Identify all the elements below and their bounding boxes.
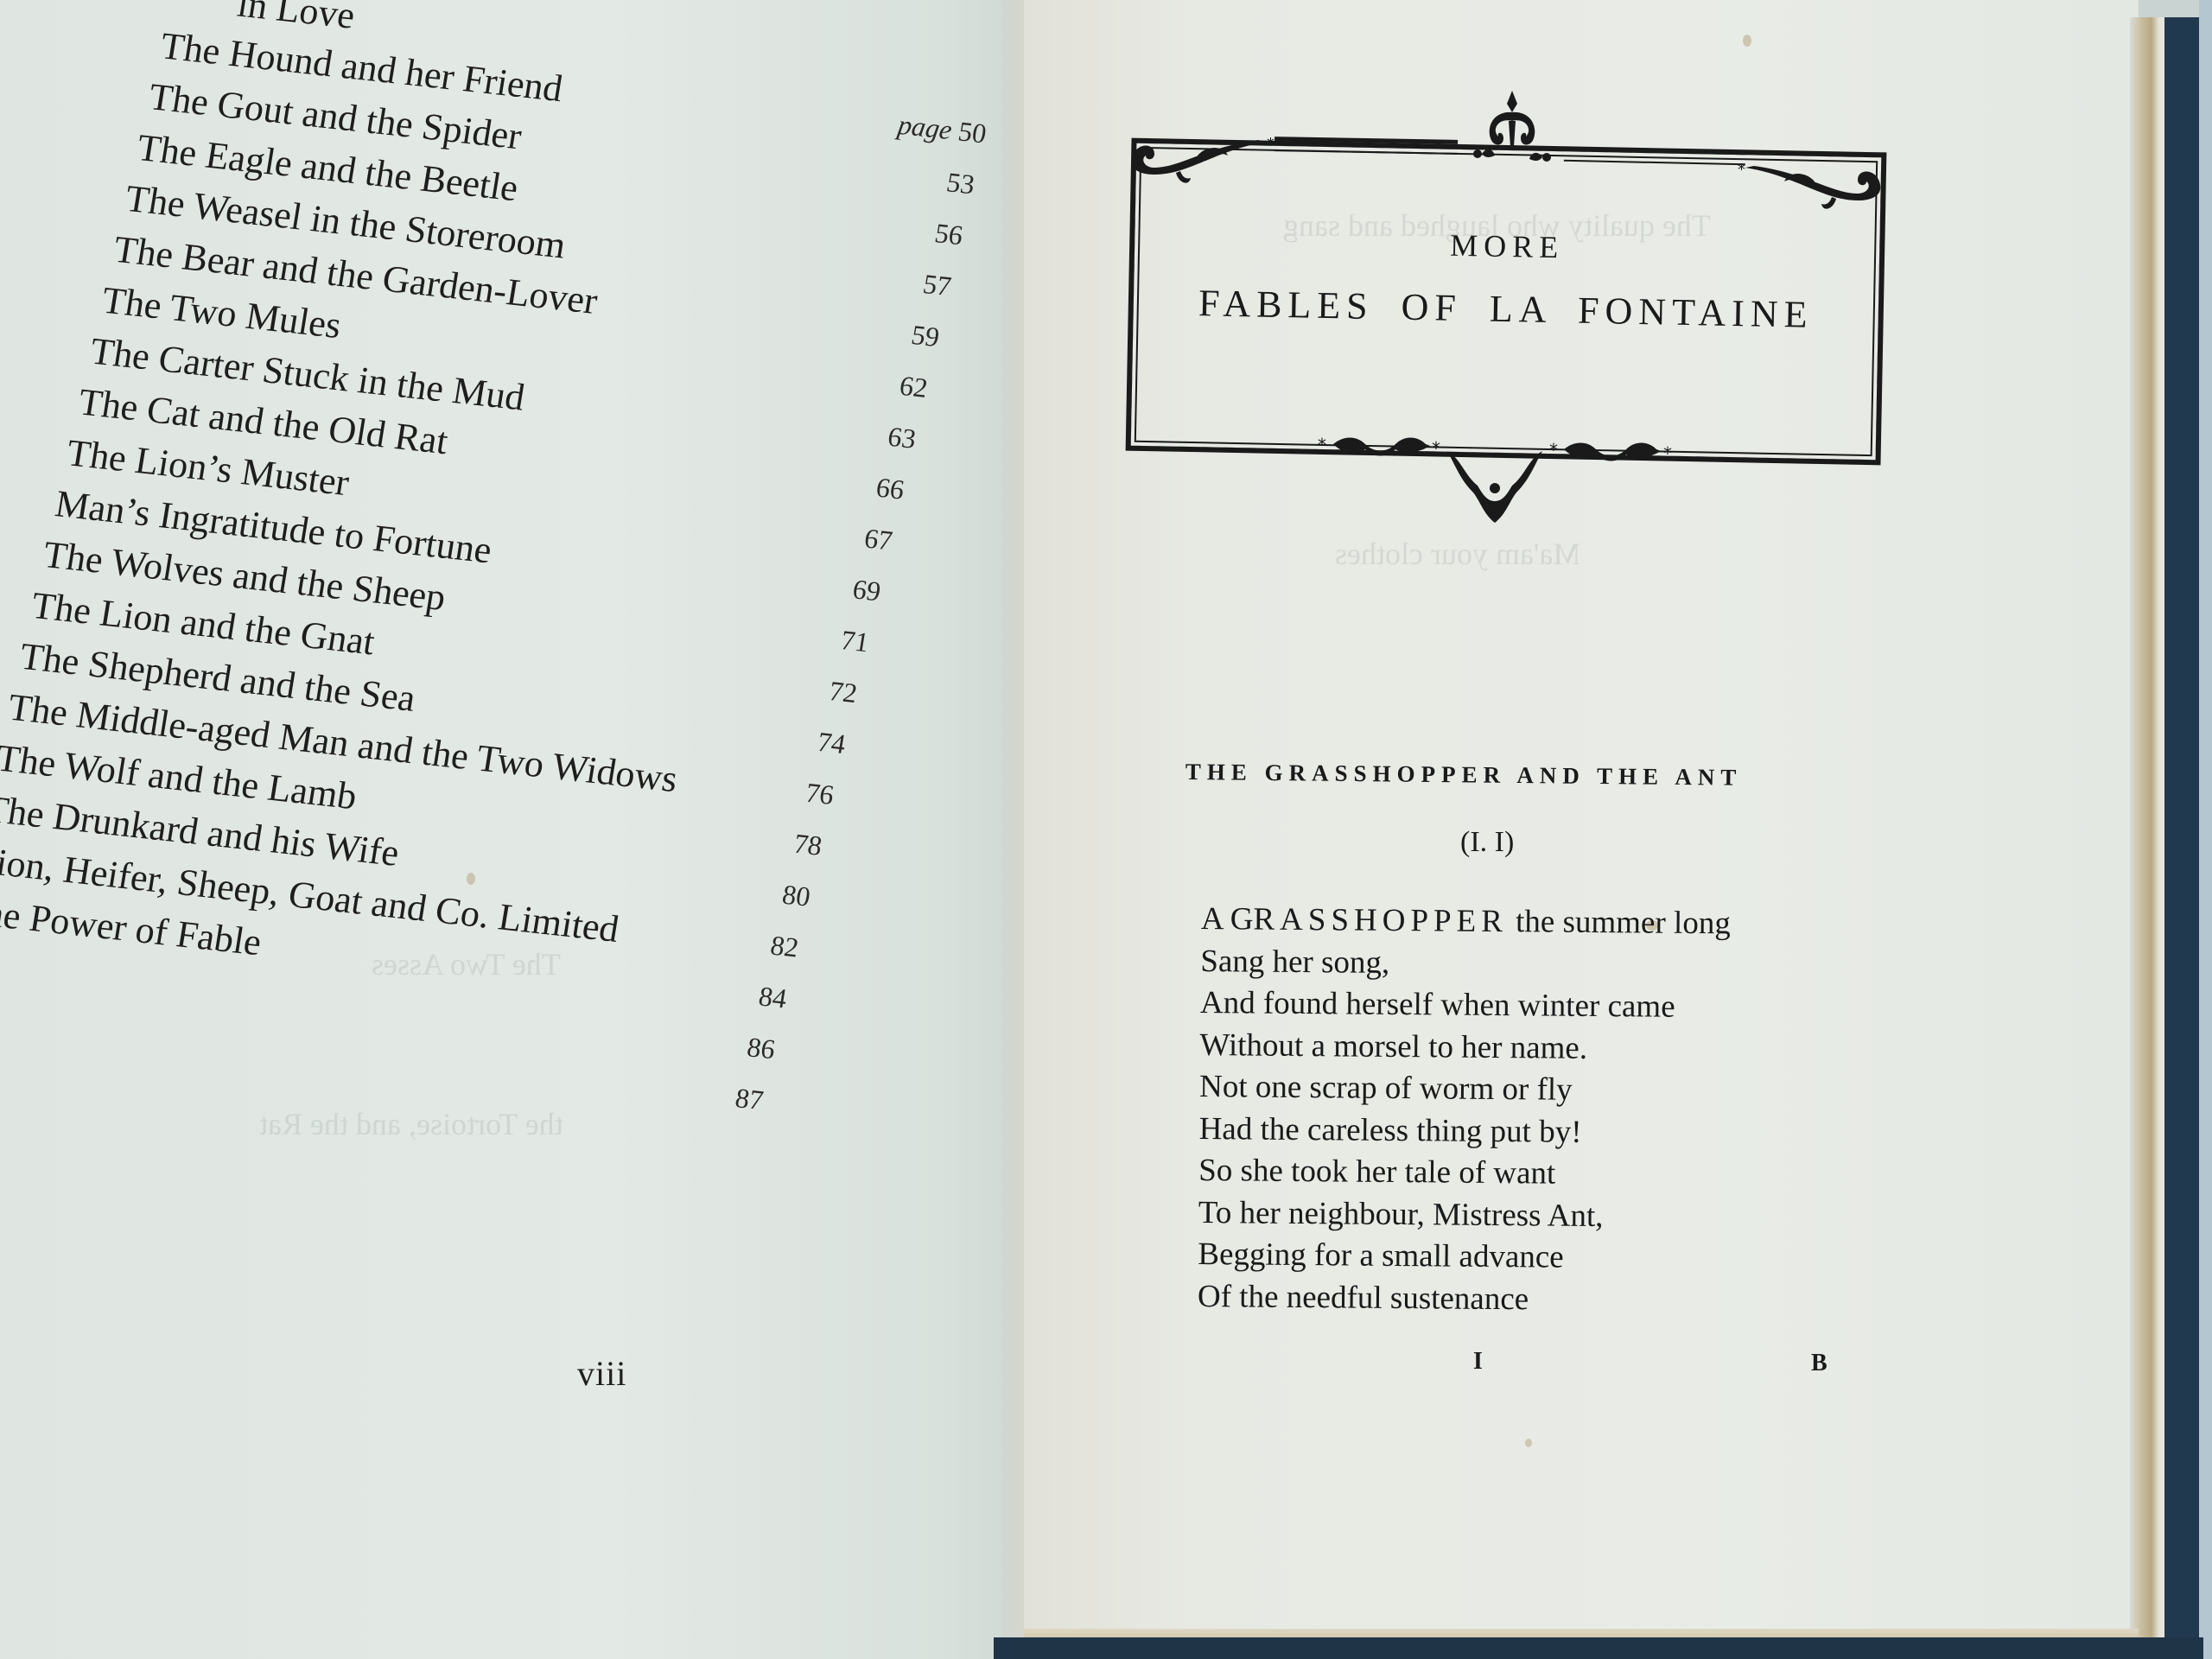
page-number-right: I: [1473, 1348, 1483, 1376]
toc-page-number: 69: [850, 573, 883, 607]
toc-page-value: 50: [957, 115, 989, 149]
ornament-top-left-icon: *: [1128, 130, 1275, 199]
left-page: The Two Asses the Tortoise, and the Rat …: [0, 0, 1024, 1659]
toc-page-number: 82: [768, 930, 801, 964]
toc-page-number: 84: [756, 980, 789, 1014]
page-edges: [2130, 17, 2169, 1642]
toc-page-number: 59: [909, 319, 942, 353]
svg-text:*: *: [1738, 161, 1745, 179]
bleed-through-text: Ma'am your clothes: [1335, 536, 1580, 572]
toc-page-number: 76: [804, 777, 836, 811]
toc-page-number: 72: [827, 675, 860, 709]
toc-page-number: 78: [791, 828, 824, 862]
poem-first-word-smallcaps: RASSHOPPER: [1253, 902, 1508, 940]
book-title: FABLES OF LA FONTAINE: [1133, 280, 1878, 339]
poem-line: Not one scrap of worm or fly: [1199, 1066, 1856, 1114]
poem-line: And found herself when winter came: [1200, 982, 1857, 1030]
ornament-top-right-icon: *: [1737, 156, 1884, 225]
book-cover-bottom: [994, 1637, 2203, 1659]
poem-line: Begging for a small advance: [1198, 1234, 1854, 1281]
paper-stain: [467, 873, 475, 885]
toc-page-number: 53: [944, 166, 977, 200]
toc-page-number: 56: [932, 217, 965, 251]
poem-line: Of the needful sustenance: [1198, 1275, 1854, 1323]
ornament-top-center-icon: [1460, 86, 1564, 164]
svg-text:*: *: [1267, 135, 1274, 153]
poem-line: To her neighbour, Mistress Ant,: [1198, 1192, 1855, 1239]
toc-page-label: page: [896, 109, 955, 145]
svg-text:*: *: [1663, 443, 1672, 464]
svg-text:*: *: [1432, 438, 1440, 459]
toc-page-number: page50: [896, 109, 989, 150]
book-cover: [2164, 17, 2203, 1659]
svg-text:*: *: [1549, 440, 1558, 461]
toc-partial-title: in Love: [234, 0, 358, 38]
fable-reference: (I. I): [1460, 826, 1514, 859]
poem-line: Without a morsel to her name.: [1199, 1024, 1856, 1071]
poem-line: Had the careless thing put by!: [1198, 1108, 1855, 1155]
poem: A GRASSHOPPER the summer long Sang her s…: [1198, 899, 1858, 1324]
poem-line: A GRASSHOPPER the summer long: [1201, 899, 1858, 946]
ornament-bottom-center-icon: * * * *: [1318, 432, 1707, 527]
paper-stain: [1743, 35, 1751, 47]
toc-page-number: 80: [780, 879, 813, 913]
signature-mark: B: [1811, 1350, 1827, 1377]
table-of-contents: in Love The Hound and her Friend page50 …: [173, 0, 1024, 67]
toc-page-number: 57: [921, 268, 954, 302]
poem-first-line-rest: the summer long: [1508, 904, 1731, 941]
title-line-more: MORE: [1135, 221, 1880, 272]
page-number-left: viii: [577, 1353, 626, 1394]
toc-page-number: 63: [886, 421, 918, 455]
toc-page-number: 66: [874, 472, 906, 506]
poem-line: Sang her song,: [1200, 940, 1857, 988]
poem-line: So she took her tale of want: [1198, 1150, 1855, 1198]
toc-page-number: 87: [733, 1082, 766, 1116]
toc-page-number: 86: [745, 1031, 778, 1065]
paper-stain: [1525, 1439, 1532, 1447]
toc-page-number: 67: [862, 523, 895, 557]
toc-page-number: 62: [897, 370, 930, 404]
svg-text:*: *: [1318, 435, 1326, 455]
background: [2199, 0, 2212, 1659]
poem-first-word: A G: [1201, 901, 1254, 938]
toc-page-number: 71: [839, 624, 872, 658]
toc-page-number: 74: [815, 726, 848, 760]
bleed-through-text: the Tortoise, and the Rat: [259, 1106, 563, 1142]
